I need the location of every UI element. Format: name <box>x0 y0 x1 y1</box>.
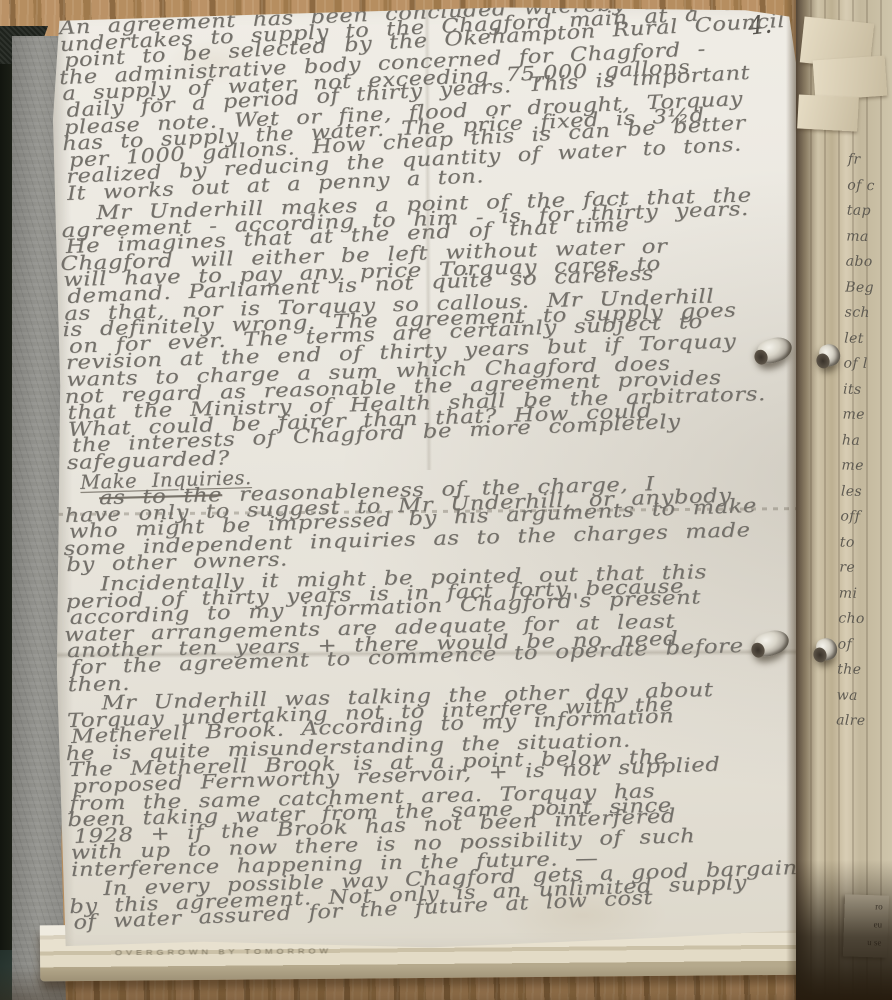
handwriting-fragment: wa <box>836 683 885 709</box>
handwriting-fragment: les <box>841 479 890 505</box>
handwriting-fragment: the <box>837 657 886 683</box>
adjacent-paper-stack: frof ctapmaaboBegschletof litsmehameleso… <box>796 0 892 1000</box>
handwriting-fragment: abo <box>845 250 892 276</box>
handwriting-fragment: mi <box>839 581 888 607</box>
folded-paper-edge <box>813 56 888 101</box>
handwriting-fragment: to <box>840 530 889 556</box>
folded-paper-edge <box>797 94 859 131</box>
handwriting-paragraph: Incidentally it might be pointed out tha… <box>65 556 892 694</box>
handwriting-fragment: cho <box>838 606 887 632</box>
handwriting-fragment: fr <box>848 148 892 174</box>
handwriting-paragraph: Mr Underhill makes a point of the fact t… <box>61 178 892 471</box>
handwriting-fragment: re <box>839 555 888 581</box>
handwriting-fragment: ma <box>846 224 892 250</box>
handwriting-fragment: tap <box>847 199 892 225</box>
handwriting-fragment: alre <box>836 708 885 734</box>
handwriting-fragment: off <box>840 504 889 530</box>
edge-print-text: overgrown by tomorrow <box>115 947 332 957</box>
handwriting-block: An agreement has been concluded whereby … <box>59 12 793 946</box>
handwriting-fragment: its <box>843 377 892 403</box>
handwriting-paragraph: Mr Underhill was talking the other day a… <box>66 674 892 879</box>
handwriting-fragment: of l <box>843 352 892 378</box>
handwriting-fragment: of <box>837 632 886 658</box>
handwriting-fragment: me <box>842 403 891 429</box>
handwriting-fragment: let <box>844 326 892 352</box>
struck-text: as to the <box>99 483 223 509</box>
manuscript-page: 4. An agreement has been concluded where… <box>48 2 810 955</box>
handwriting-fragment: ha <box>842 428 891 454</box>
adjacent-page-fragments: frof ctapmaaboBegschletof litsmehameleso… <box>836 148 892 735</box>
handwriting-fragment: Beg <box>845 275 892 301</box>
handwriting-fragment: me <box>841 453 890 479</box>
handwriting-paragraph: An agreement has been concluded whereby … <box>59 0 892 202</box>
table-shadow <box>0 966 892 1000</box>
handwriting-fragment: of c <box>847 173 892 199</box>
handwriting-fragment: sch <box>844 301 892 327</box>
